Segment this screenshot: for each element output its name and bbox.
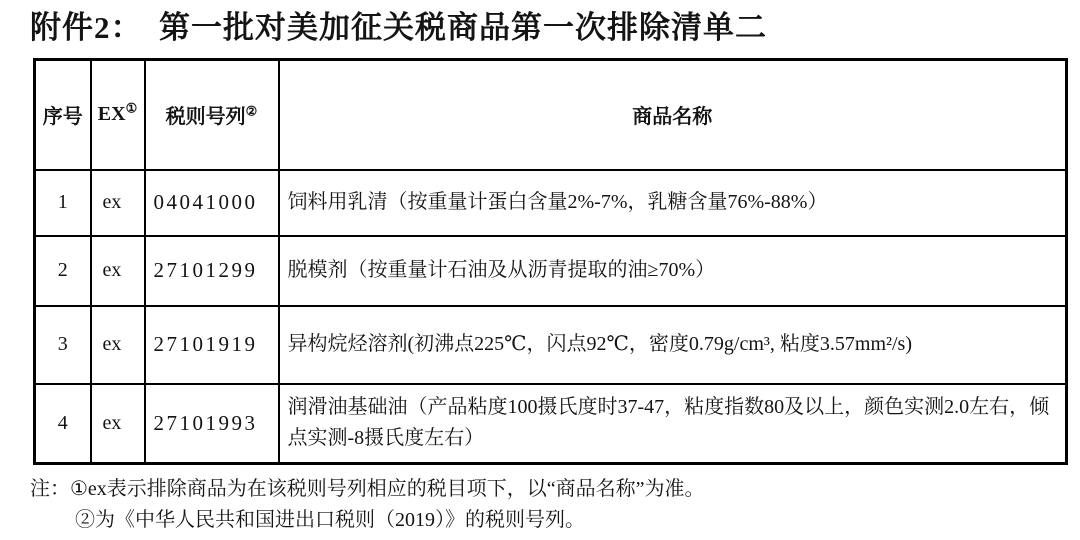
footnote-label: 注： (30, 474, 70, 505)
product-name-cell: 饲料用乳清（按重量计蛋白含量2%-7%，乳糖含量76%-88%） (279, 170, 1067, 236)
header-tariff-code-footnote-mark: ② (246, 104, 258, 119)
document-page: 附件2： 第一批对美加征关税商品第一次排除清单二 序号 EX① 税则号列② 商品… (0, 0, 1080, 540)
product-name-cell: 润滑油基础油（产品粘度100摄氏度时37-47，粘度指数80及以上，颜色实测2.… (279, 384, 1067, 464)
header-ex-text: EX (98, 103, 126, 125)
header-tariff-code: 税则号列② (145, 60, 279, 170)
product-name-cell: 脱模剂（按重量计石油及从沥青提取的油≥70%） (279, 236, 1067, 306)
tariff-code-cell: 27101299 (145, 236, 279, 306)
header-tariff-code-text: 税则号列 (166, 106, 246, 128)
tariff-code-cell: 27101919 (145, 306, 279, 384)
ex-cell: ex (91, 306, 145, 384)
header-ex: EX① (91, 60, 145, 170)
header-serial-number: 序号 (35, 60, 91, 170)
product-name-cell: 异构烷烃溶剂(初沸点225℃，闪点92℃，密度0.79g/cm³, 粘度3.57… (279, 306, 1067, 384)
header-product-name: 商品名称 (279, 60, 1067, 170)
table-row: 4 ex 27101993 润滑油基础油（产品粘度100摄氏度时37-47，粘度… (35, 384, 1067, 464)
page-title: 附件2： 第一批对美加征关税商品第一次排除清单二 (30, 2, 767, 47)
table-header-row: 序号 EX① 税则号列② 商品名称 (35, 60, 1067, 170)
footnotes: 注：①ex表示排除商品为在该税则号列相应的税目项下，以“商品名称”为准。 ②为《… (30, 474, 705, 536)
ex-cell: ex (91, 236, 145, 306)
footnote-1-text: ①ex表示排除商品为在该税则号列相应的税目项下，以“商品名称”为准。 (70, 478, 705, 500)
ex-cell: ex (91, 170, 145, 236)
serial-number-cell: 4 (35, 384, 91, 464)
serial-number-cell: 3 (35, 306, 91, 384)
exclusion-list-table: 序号 EX① 税则号列② 商品名称 1 ex 04041000 饲料用乳清（按重… (33, 58, 1068, 465)
table-row: 3 ex 27101919 异构烷烃溶剂(初沸点225℃，闪点92℃，密度0.7… (35, 306, 1067, 384)
table-row: 1 ex 04041000 饲料用乳清（按重量计蛋白含量2%-7%，乳糖含量76… (35, 170, 1067, 236)
tariff-code-cell: 27101993 (145, 384, 279, 464)
serial-number-cell: 1 (35, 170, 91, 236)
table-row: 2 ex 27101299 脱模剂（按重量计石油及从沥青提取的油≥70%） (35, 236, 1067, 306)
tariff-code-cell: 04041000 (145, 170, 279, 236)
serial-number-cell: 2 (35, 236, 91, 306)
footnote-2: ②为《中华人民共和国进出口税则（2019）》的税则号列。 (75, 505, 705, 536)
footnote-1: 注：①ex表示排除商品为在该税则号列相应的税目项下，以“商品名称”为准。 (30, 474, 705, 505)
ex-cell: ex (91, 384, 145, 464)
header-ex-footnote-mark: ① (126, 101, 138, 116)
